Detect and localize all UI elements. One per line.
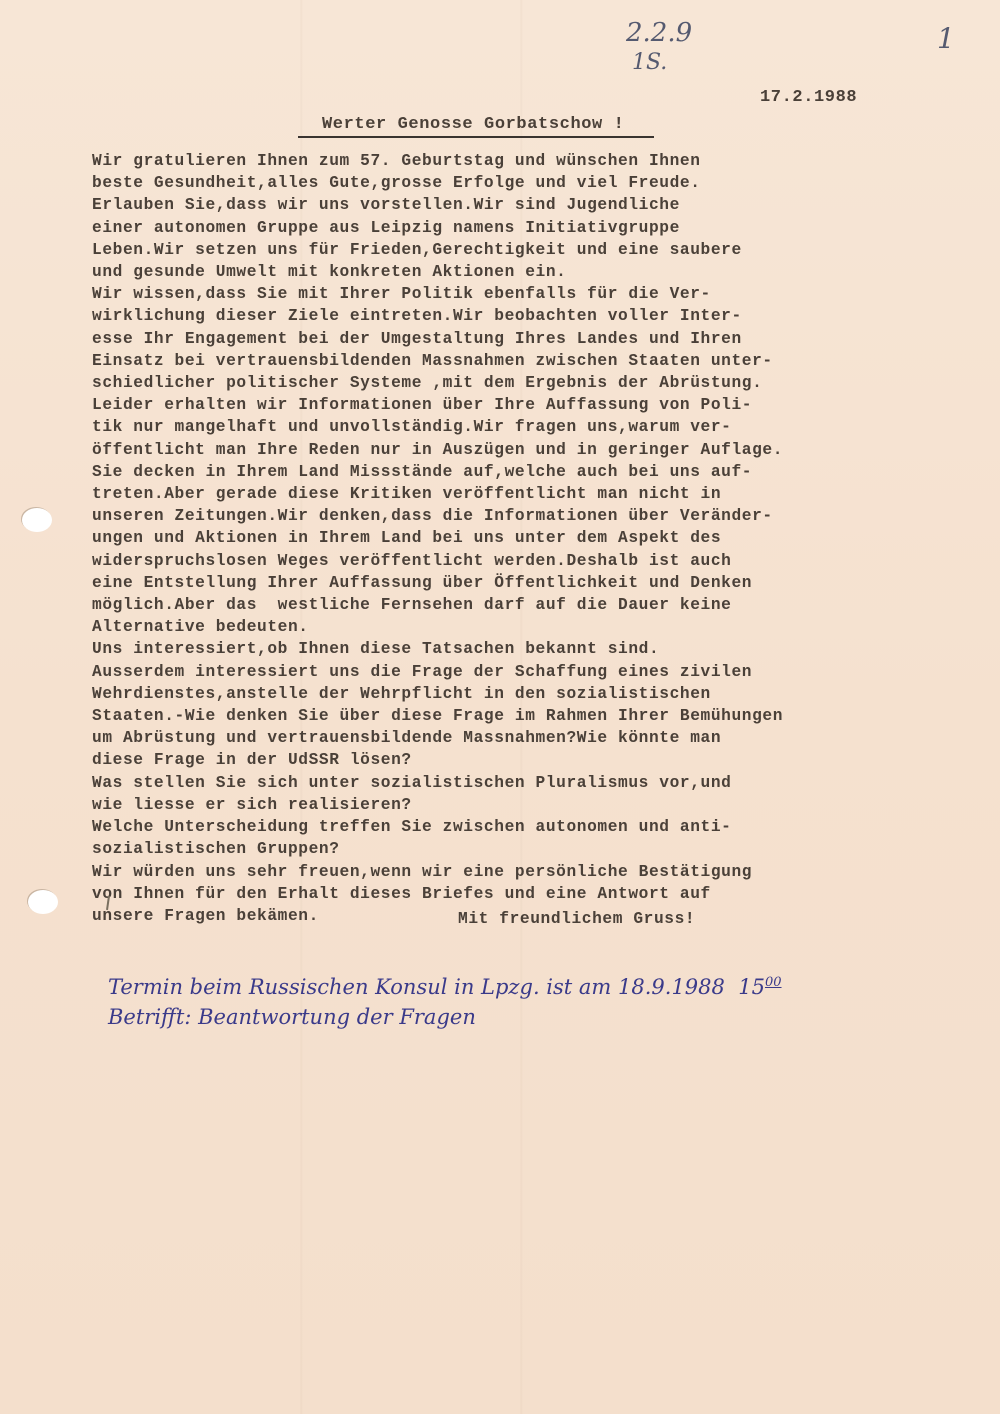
body-line: sozialistischen Gruppen? [92, 838, 932, 860]
letter-body: Wir gratulieren Ihnen zum 57. Geburtstag… [92, 150, 932, 927]
body-line: Ausserdem interessiert uns die Frage der… [92, 661, 932, 683]
body-line: Alternative bedeuten. [92, 616, 932, 638]
time-superscript: 00 [765, 975, 782, 990]
salutation-heading: Werter Genosse Gorbatschow ! [298, 115, 654, 138]
body-line: Erlauben Sie,dass wir uns vorstellen.Wir… [92, 194, 932, 216]
body-line: Wir würden uns sehr freuen,wenn wir eine… [92, 861, 932, 883]
body-line: um Abrüstung und vertrauensbildende Mass… [92, 727, 932, 749]
punch-hole-upper [22, 508, 52, 532]
body-line: Sie decken in Ihrem Land Missstände auf,… [92, 461, 932, 483]
body-line: schiedlicher politischer Systeme ,mit de… [92, 372, 932, 394]
body-line: Was stellen Sie sich unter sozialistisch… [92, 772, 932, 794]
body-line: treten.Aber gerade diese Kritiken veröff… [92, 483, 932, 505]
letter-date: 17.2.1988 [760, 88, 857, 107]
body-line: widerspruchslosen Weges veröffentlicht w… [92, 550, 932, 572]
body-line: Wehrdienstes,anstelle der Wehrpflicht in… [92, 683, 932, 705]
body-line: wirklichung dieser Ziele eintreten.Wir b… [92, 305, 932, 327]
body-line: beste Gesundheit,alles Gute,grosse Erfol… [92, 172, 932, 194]
body-line: esse Ihr Engagement bei der Umgestaltung… [92, 328, 932, 350]
body-line: wie liesse er sich realisieren? [92, 794, 932, 816]
body-line: öffentlicht man Ihre Reden nur in Auszüg… [92, 439, 932, 461]
body-line: eine Entstellung Ihrer Auffassung über Ö… [92, 572, 932, 594]
punch-hole-lower [28, 890, 58, 914]
body-line: Staaten.-Wie denken Sie über diese Frage… [92, 705, 932, 727]
body-line: von Ihnen für den Erhalt dieses Briefes … [92, 883, 932, 905]
body-line: Leben.Wir setzen uns für Frieden,Gerecht… [92, 239, 932, 261]
body-line: ungen und Aktionen in Ihrem Land bei uns… [92, 527, 932, 549]
body-line: Wir gratulieren Ihnen zum 57. Geburtstag… [92, 150, 932, 172]
closing-greeting: Mit freundlichem Gruss! [458, 910, 695, 928]
body-line: unseren Zeitungen.Wir denken,dass die In… [92, 505, 932, 527]
body-line: Einsatz bei vertrauensbildenden Massnahm… [92, 350, 932, 372]
body-line: Welche Unterscheidung treffen Sie zwisch… [92, 816, 932, 838]
body-line: und gesunde Umwelt mit konkreten Aktione… [92, 261, 932, 283]
body-line: einer autonomen Gruppe aus Leipzig namen… [92, 217, 932, 239]
archive-sub-reference: 1S. [632, 50, 667, 75]
body-line: tik nur mangelhaft und unvollständig.Wir… [92, 416, 932, 438]
body-line: Uns interessiert,ob Ihnen diese Tatsache… [92, 638, 932, 660]
archive-reference: 2.2.9 [626, 18, 692, 48]
page-number: 1 [937, 22, 955, 55]
body-line: Wir wissen,dass Sie mit Ihrer Politik eb… [92, 283, 932, 305]
note-line-subject: Betrifft: Beantwortung der Fragen [108, 1002, 782, 1032]
body-line: Leider erhalten wir Informationen über I… [92, 394, 932, 416]
letter-page: 2.2.9 1S. 1 17.2.1988 Werter Genosse Gor… [0, 0, 1000, 1414]
body-line: diese Frage in der UdSSR lösen? [92, 749, 932, 771]
body-line: möglich.Aber das westliche Fernsehen dar… [92, 594, 932, 616]
note-line-appointment: Termin beim Russischen Konsul in Lpzg. i… [108, 968, 782, 1002]
handwritten-note: Termin beim Russischen Konsul in Lpzg. i… [108, 968, 782, 1032]
